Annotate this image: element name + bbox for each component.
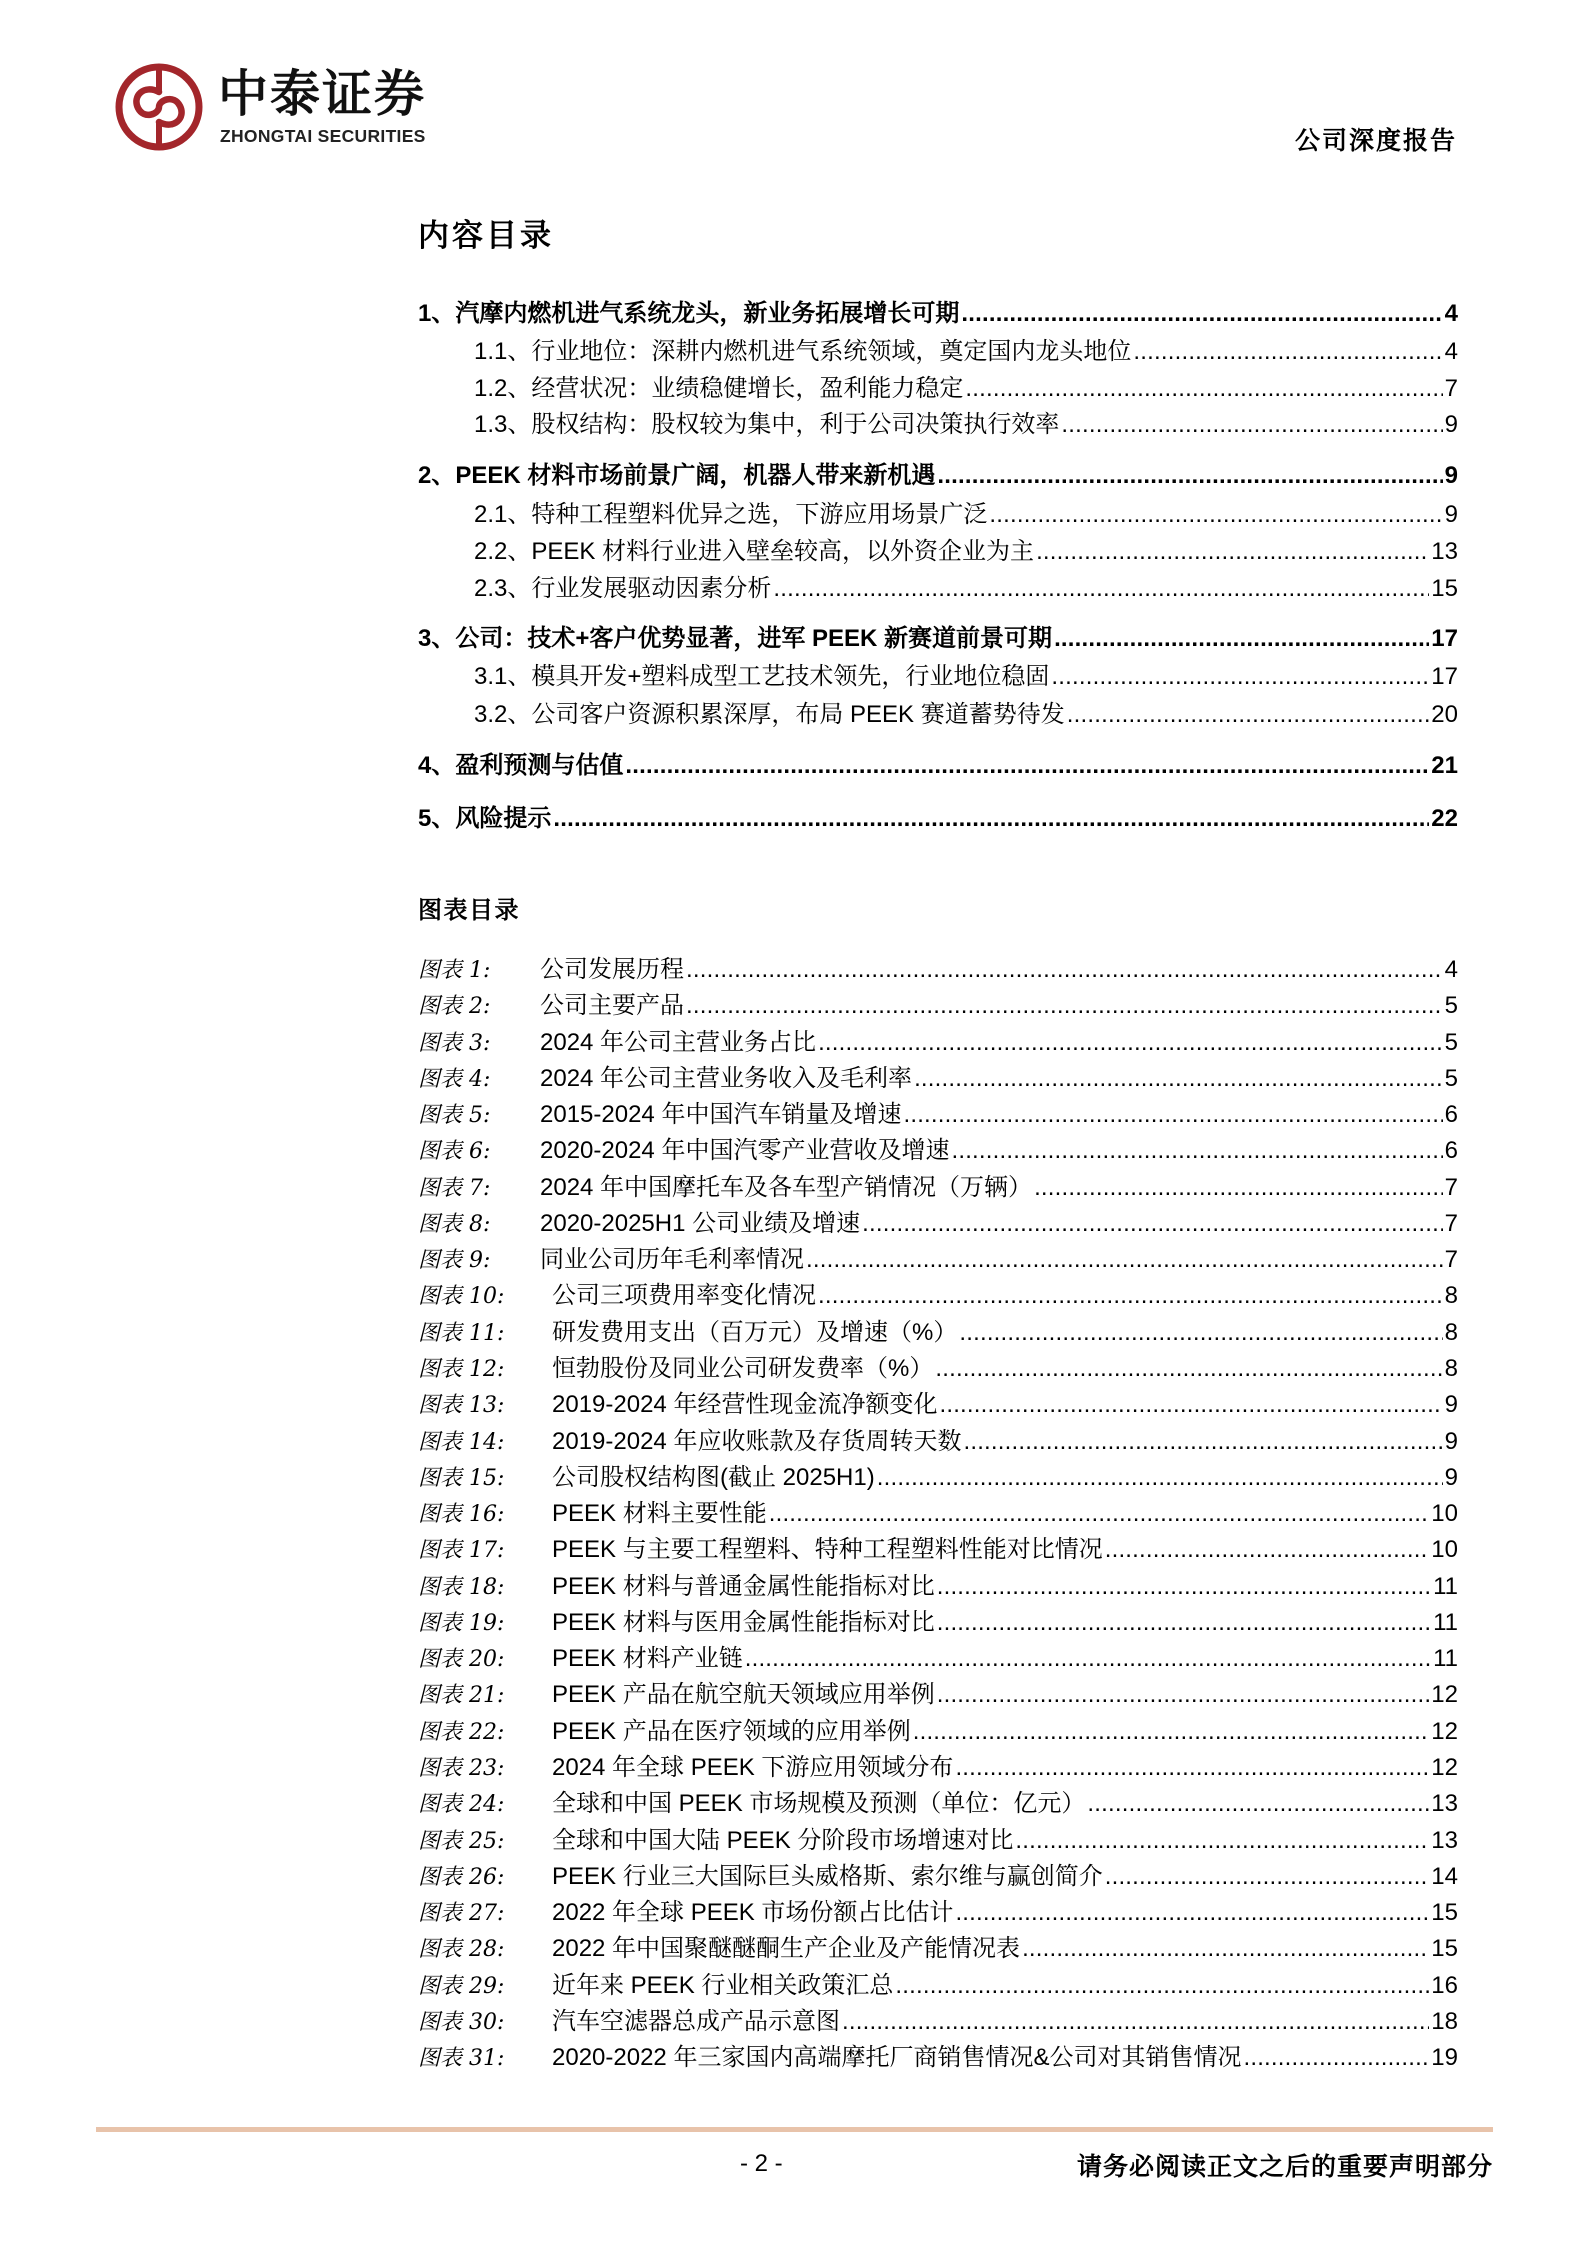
figure-caption: 全球和中国 PEEK 市场规模及预测（单位：亿元）	[552, 1790, 1085, 1817]
toc-entry[interactable]: 2.3、行业发展驱动因素分析15	[474, 568, 1458, 600]
leader-dots	[1036, 538, 1429, 566]
figure-page-number: 13	[1431, 1790, 1458, 1818]
figure-entry[interactable]: 图表 3:2024 年公司主营业务占比5	[418, 1022, 1458, 1054]
figure-page-number: 7	[1445, 1174, 1458, 1202]
figure-entry[interactable]: 图表 14:2019-2024 年应收账款及存货周转天数9	[418, 1421, 1458, 1453]
figure-entry[interactable]: 图表 19:PEEK 材料与医用金属性能指标对比11	[418, 1602, 1458, 1634]
figure-label: 图表 5:	[418, 1098, 540, 1129]
figure-label: 图表 4:	[418, 1062, 540, 1093]
leader-dots	[913, 1718, 1430, 1746]
figure-caption: 2024 年中国摩托车及各车型产销情况（万辆）	[540, 1174, 1032, 1201]
figure-label: 图表 3:	[418, 1026, 540, 1057]
toc-page-number: 22	[1431, 805, 1458, 833]
toc-page-number: 9	[1445, 462, 1458, 490]
page-number: - 2 -	[740, 2150, 783, 2178]
figure-page-number: 16	[1431, 1972, 1458, 2000]
leader-dots	[553, 805, 1429, 833]
figure-label: 图表 2:	[418, 989, 540, 1020]
figure-caption: PEEK 与主要工程塑料、特种工程塑料性能对比情况	[552, 1536, 1103, 1563]
figure-label: 图表 9:	[418, 1243, 540, 1274]
toc-entry[interactable]: 2.1、特种工程塑料优异之选，下游应用场景广泛9	[474, 494, 1458, 526]
figure-entry[interactable]: 图表 17:PEEK 与主要工程塑料、特种工程塑料性能对比情况10	[418, 1529, 1458, 1561]
figure-caption: PEEK 产品在航空航天领域应用举例	[552, 1681, 935, 1708]
leader-dots	[745, 1645, 1431, 1673]
figure-label: 图表 11:	[418, 1316, 552, 1347]
figure-page-number: 14	[1431, 1863, 1458, 1891]
figure-page-number: 19	[1431, 2044, 1458, 2072]
figure-label: 图表 29:	[418, 1969, 552, 2000]
figure-caption: 研发费用支出（百万元）及增速（%）	[552, 1319, 957, 1346]
figure-label: 图表 14:	[418, 1425, 552, 1456]
figure-page-number: 5	[1445, 1065, 1458, 1093]
toc-page-number: 15	[1431, 575, 1458, 603]
figure-page-number: 5	[1445, 992, 1458, 1020]
leader-dots	[955, 1754, 1429, 1782]
leader-dots	[955, 1899, 1429, 1927]
figure-page-number: 11	[1433, 1573, 1458, 1601]
figure-entry[interactable]: 图表 11:研发费用支出（百万元）及增速（%）8	[418, 1312, 1458, 1344]
figure-caption: 全球和中国大陆 PEEK 分阶段市场增速对比	[552, 1827, 1013, 1854]
figure-caption: 公司股权结构图(截止 2025H1)	[552, 1464, 875, 1491]
figure-entry[interactable]: 图表 26:PEEK 行业三大国际巨头威格斯、索尔维与赢创简介14	[418, 1856, 1458, 1888]
toc-page-number: 17	[1431, 663, 1458, 691]
leader-dots	[961, 300, 1442, 328]
figure-label: 图表 26:	[418, 1860, 552, 1891]
figure-page-number: 6	[1445, 1137, 1458, 1165]
figure-label: 图表 30:	[418, 2005, 552, 2036]
toc-page-number: 13	[1431, 538, 1458, 566]
figure-caption: 汽车空滤器总成产品示意图	[552, 2008, 840, 2035]
figure-page-number: 15	[1431, 1935, 1458, 1963]
toc-entry[interactable]: 3.1、模具开发+塑料成型工艺技术领先，行业地位稳固17	[474, 656, 1458, 688]
figure-caption: PEEK 材料与医用金属性能指标对比	[552, 1609, 935, 1636]
leader-dots	[877, 1464, 1443, 1492]
figure-label: 图表 7:	[418, 1171, 540, 1202]
toc-heading: 内容目录	[418, 210, 554, 255]
figure-page-number: 11	[1433, 1645, 1458, 1673]
toc-entry[interactable]: 1.2、经营状况：业绩稳健增长，盈利能力稳定7	[474, 368, 1458, 400]
toc-entry[interactable]: 2.2、PEEK 材料行业进入壁垒较高，以外资企业为主13	[474, 531, 1458, 563]
toc-page-number: 7	[1445, 375, 1458, 403]
figure-entry[interactable]: 图表 29:近年来 PEEK 行业相关政策汇总16	[418, 1965, 1458, 1997]
logo-chinese-name: 中泰证券	[218, 66, 426, 122]
disclaimer-notice: 请务必阅读正文之后的重要声明部分	[1077, 2147, 1493, 2183]
toc-entry[interactable]: 1、汽摩内燃机进气系统龙头，新业务拓展增长可期4	[418, 293, 1458, 325]
figure-label: 图表 17:	[418, 1533, 552, 1564]
figure-entry[interactable]: 图表 7:2024 年中国摩托车及各车型产销情况（万辆）7	[418, 1167, 1458, 1199]
leader-dots	[1105, 1536, 1430, 1564]
figure-entry[interactable]: 图表 20:PEEK 材料产业链11	[418, 1638, 1458, 1670]
figure-label: 图表 6:	[418, 1134, 540, 1165]
figure-entry[interactable]: 图表 8:2020-2025H1 公司业绩及增速7	[418, 1203, 1458, 1235]
figure-entry[interactable]: 图表 2:公司主要产品5	[418, 985, 1458, 1017]
leader-dots	[842, 2008, 1429, 2036]
figure-caption: 2020-2024 年中国汽零产业营收及增速	[540, 1137, 949, 1164]
toc-page-number: 4	[1445, 338, 1458, 366]
leader-dots	[625, 752, 1429, 780]
leader-dots	[937, 1609, 1431, 1637]
figure-caption: 2015-2024 年中国汽车销量及增速	[540, 1101, 901, 1128]
figure-label: 图表 31:	[418, 2041, 552, 2072]
figure-caption: 近年来 PEEK 行业相关政策汇总	[552, 1972, 893, 1999]
figure-page-number: 9	[1445, 1428, 1458, 1456]
figure-entry[interactable]: 图表 28:2022 年中国聚醚醚酮生产企业及产能情况表15	[418, 1928, 1458, 1960]
figure-entry[interactable]: 图表 5:2015-2024 年中国汽车销量及增速6	[418, 1094, 1458, 1126]
figure-entry[interactable]: 图表 25:全球和中国大陆 PEEK 分阶段市场增速对比13	[418, 1820, 1458, 1852]
leader-dots	[818, 1029, 1443, 1057]
figure-entry[interactable]: 图表 10:公司三项费用率变化情况8	[418, 1275, 1458, 1307]
figure-label: 图表 15:	[418, 1461, 552, 1492]
figure-label: 图表 19:	[418, 1606, 552, 1637]
toc-page-number: 9	[1445, 411, 1458, 439]
figure-list-heading: 图表目录	[418, 890, 520, 925]
leader-dots	[937, 1681, 1430, 1709]
figure-caption: 公司发展历程	[540, 956, 684, 983]
toc-entry[interactable]: 1.1、行业地位：深耕内燃机进气系统领域，奠定国内龙头地位4	[474, 331, 1458, 363]
figure-caption: 2020-2025H1 公司业绩及增速	[540, 1210, 860, 1237]
figure-label: 图表 18:	[418, 1570, 552, 1601]
logo-english-name: ZHONGTAI SECURITIES	[220, 126, 426, 147]
leader-dots	[935, 1355, 1442, 1383]
figure-caption: 2024 年全球 PEEK 下游应用领域分布	[552, 1754, 953, 1781]
figure-caption: PEEK 材料主要性能	[552, 1500, 767, 1527]
figure-entry[interactable]: 图表 16:PEEK 材料主要性能10	[418, 1493, 1458, 1525]
figure-page-number: 13	[1431, 1827, 1458, 1855]
figure-caption: PEEK 产品在医疗领域的应用举例	[552, 1718, 911, 1745]
figure-page-number: 15	[1431, 1899, 1458, 1927]
figure-entry[interactable]: 图表 30:汽车空滤器总成产品示意图18	[418, 2001, 1458, 2033]
leader-dots	[895, 1972, 1429, 2000]
footer-divider	[96, 2127, 1493, 2132]
figure-page-number: 9	[1445, 1464, 1458, 1492]
leader-dots	[1061, 411, 1442, 439]
figure-label: 图表 27:	[418, 1896, 552, 1927]
figure-caption: 恒勃股份及同业公司研发费率（%）	[552, 1355, 933, 1382]
leader-dots	[686, 992, 1443, 1020]
figure-entry[interactable]: 图表 15:公司股权结构图(截止 2025H1)9	[418, 1457, 1458, 1489]
leader-dots	[1087, 1790, 1429, 1818]
figure-caption: 2020-2022 年三家国内高端摩托厂商销售情况&公司对其销售情况	[552, 2044, 1241, 2071]
figure-caption: 2019-2024 年经营性现金流净额变化	[552, 1391, 937, 1418]
figure-entry[interactable]: 图表 27:2022 年全球 PEEK 市场份额占比估计15	[418, 1892, 1458, 1924]
toc-entry[interactable]: 5、风险提示22	[418, 798, 1458, 830]
leader-dots	[989, 501, 1442, 529]
leader-dots	[818, 1282, 1443, 1310]
leader-dots	[937, 462, 1442, 490]
leader-dots	[939, 1391, 1442, 1419]
leader-dots	[937, 1573, 1431, 1601]
figure-entry[interactable]: 图表 21:PEEK 产品在航空航天领域应用举例12	[418, 1674, 1458, 1706]
leader-dots	[951, 1137, 1442, 1165]
figure-page-number: 7	[1445, 1246, 1458, 1274]
figure-page-number: 10	[1431, 1536, 1458, 1564]
figure-page-number: 10	[1431, 1500, 1458, 1528]
figure-page-number: 11	[1433, 1609, 1458, 1637]
toc-page-number: 4	[1445, 300, 1458, 328]
figure-caption: 2024 年公司主营业务占比	[540, 1029, 816, 1056]
figure-label: 图表 10:	[418, 1279, 552, 1310]
leader-dots	[1133, 338, 1442, 366]
figure-entry[interactable]: 图表 6:2020-2024 年中国汽零产业营收及增速6	[418, 1130, 1458, 1162]
leader-dots	[1022, 1935, 1429, 1963]
toc-page-number: 21	[1431, 752, 1458, 780]
figure-label: 图表 1:	[418, 953, 540, 984]
toc-page-number: 17	[1431, 625, 1458, 653]
figure-label: 图表 23:	[418, 1751, 552, 1782]
figure-entry[interactable]: 图表 31:2020-2022 年三家国内高端摩托厂商销售情况&公司对其销售情况…	[418, 2037, 1458, 2069]
figure-entry[interactable]: 图表 9:同业公司历年毛利率情况7	[418, 1239, 1458, 1271]
figure-caption: 2019-2024 年应收账款及存货周转天数	[552, 1428, 961, 1455]
company-logo: 中泰证券 ZHONGTAI SECURITIES	[114, 62, 484, 154]
figure-caption: 公司主要产品	[540, 992, 684, 1019]
figure-caption: PEEK 行业三大国际巨头威格斯、索尔维与赢创简介	[552, 1863, 1103, 1890]
figure-label: 图表 21:	[418, 1678, 552, 1709]
figure-page-number: 12	[1431, 1754, 1458, 1782]
toc-page-number: 9	[1445, 501, 1458, 529]
figure-label: 图表 13:	[418, 1388, 552, 1419]
toc-entry[interactable]: 3.2、公司客户资源积累深厚，布局 PEEK 赛道蓄势待发20	[474, 694, 1458, 726]
figure-page-number: 6	[1445, 1101, 1458, 1129]
leader-dots	[769, 1500, 1430, 1528]
figure-page-number: 9	[1445, 1391, 1458, 1419]
figure-caption: 2022 年中国聚醚醚酮生产企业及产能情况表	[552, 1935, 1020, 1962]
figure-label: 图表 8:	[418, 1207, 540, 1238]
figure-caption: 公司三项费用率变化情况	[552, 1282, 816, 1309]
leader-dots	[965, 375, 1442, 403]
leader-dots	[1034, 1174, 1443, 1202]
figure-caption: 2022 年全球 PEEK 市场份额占比估计	[552, 1899, 953, 1926]
leader-dots	[1054, 625, 1429, 653]
figure-page-number: 5	[1445, 1029, 1458, 1057]
figure-caption: 2024 年公司主营业务收入及毛利率	[540, 1065, 912, 1092]
report-type-label: 公司深度报告	[1295, 121, 1457, 157]
leader-dots	[1015, 1827, 1429, 1855]
figure-page-number: 8	[1445, 1355, 1458, 1383]
zhongtai-logo-icon	[114, 62, 204, 152]
toc-page-number: 20	[1431, 701, 1458, 729]
figure-label: 图表 28:	[418, 1932, 552, 1963]
toc-entry[interactable]: 2、PEEK 材料市场前景广阔，机器人带来新机遇9	[418, 455, 1458, 487]
figure-label: 图表 20:	[418, 1642, 552, 1673]
figure-label: 图表 24:	[418, 1787, 552, 1818]
figure-label: 图表 16:	[418, 1497, 552, 1528]
figure-page-number: 18	[1431, 2008, 1458, 2036]
leader-dots	[1051, 663, 1429, 691]
leader-dots	[862, 1210, 1443, 1238]
leader-dots	[1105, 1863, 1430, 1891]
leader-dots	[914, 1065, 1443, 1093]
toc-entry[interactable]: 1.3、股权结构：股权较为集中，利于公司决策执行效率9	[474, 404, 1458, 436]
figure-label: 图表 25:	[418, 1824, 552, 1855]
figure-page-number: 12	[1431, 1718, 1458, 1746]
leader-dots	[959, 1319, 1442, 1347]
figure-entry[interactable]: 图表 4:2024 年公司主营业务收入及毛利率5	[418, 1058, 1458, 1090]
figure-label: 图表 22:	[418, 1715, 552, 1746]
leader-dots	[1067, 701, 1430, 729]
figure-entry[interactable]: 图表 1:公司发展历程4	[418, 949, 1458, 981]
figure-caption: 同业公司历年毛利率情况	[540, 1246, 804, 1273]
leader-dots	[963, 1428, 1442, 1456]
figure-label: 图表 12:	[418, 1352, 552, 1383]
figure-entry[interactable]: 图表 12:恒勃股份及同业公司研发费率（%）8	[418, 1348, 1458, 1380]
figure-entry[interactable]: 图表 23:2024 年全球 PEEK 下游应用领域分布12	[418, 1747, 1458, 1779]
figure-entry[interactable]: 图表 18:PEEK 材料与普通金属性能指标对比11	[418, 1566, 1458, 1598]
leader-dots	[806, 1246, 1443, 1274]
figure-page-number: 12	[1431, 1681, 1458, 1709]
toc-entry[interactable]: 3、公司：技术+客户优势显著，进军 PEEK 新赛道前景可期17	[418, 618, 1458, 650]
figure-page-number: 7	[1445, 1210, 1458, 1238]
figure-caption: PEEK 材料产业链	[552, 1645, 743, 1672]
figure-page-number: 4	[1445, 956, 1458, 984]
leader-dots	[903, 1101, 1442, 1129]
toc-entry[interactable]: 4、盈利预测与估值21	[418, 745, 1458, 777]
leader-dots	[1243, 2044, 1429, 2072]
figure-page-number: 8	[1445, 1319, 1458, 1347]
leader-dots	[773, 575, 1429, 603]
figure-page-number: 8	[1445, 1282, 1458, 1310]
figure-entry[interactable]: 图表 13:2019-2024 年经营性现金流净额变化9	[418, 1384, 1458, 1416]
leader-dots	[686, 956, 1443, 984]
figure-entry[interactable]: 图表 22:PEEK 产品在医疗领域的应用举例12	[418, 1711, 1458, 1743]
figure-entry[interactable]: 图表 24:全球和中国 PEEK 市场规模及预测（单位：亿元）13	[418, 1783, 1458, 1815]
figure-caption: PEEK 材料与普通金属性能指标对比	[552, 1573, 935, 1600]
